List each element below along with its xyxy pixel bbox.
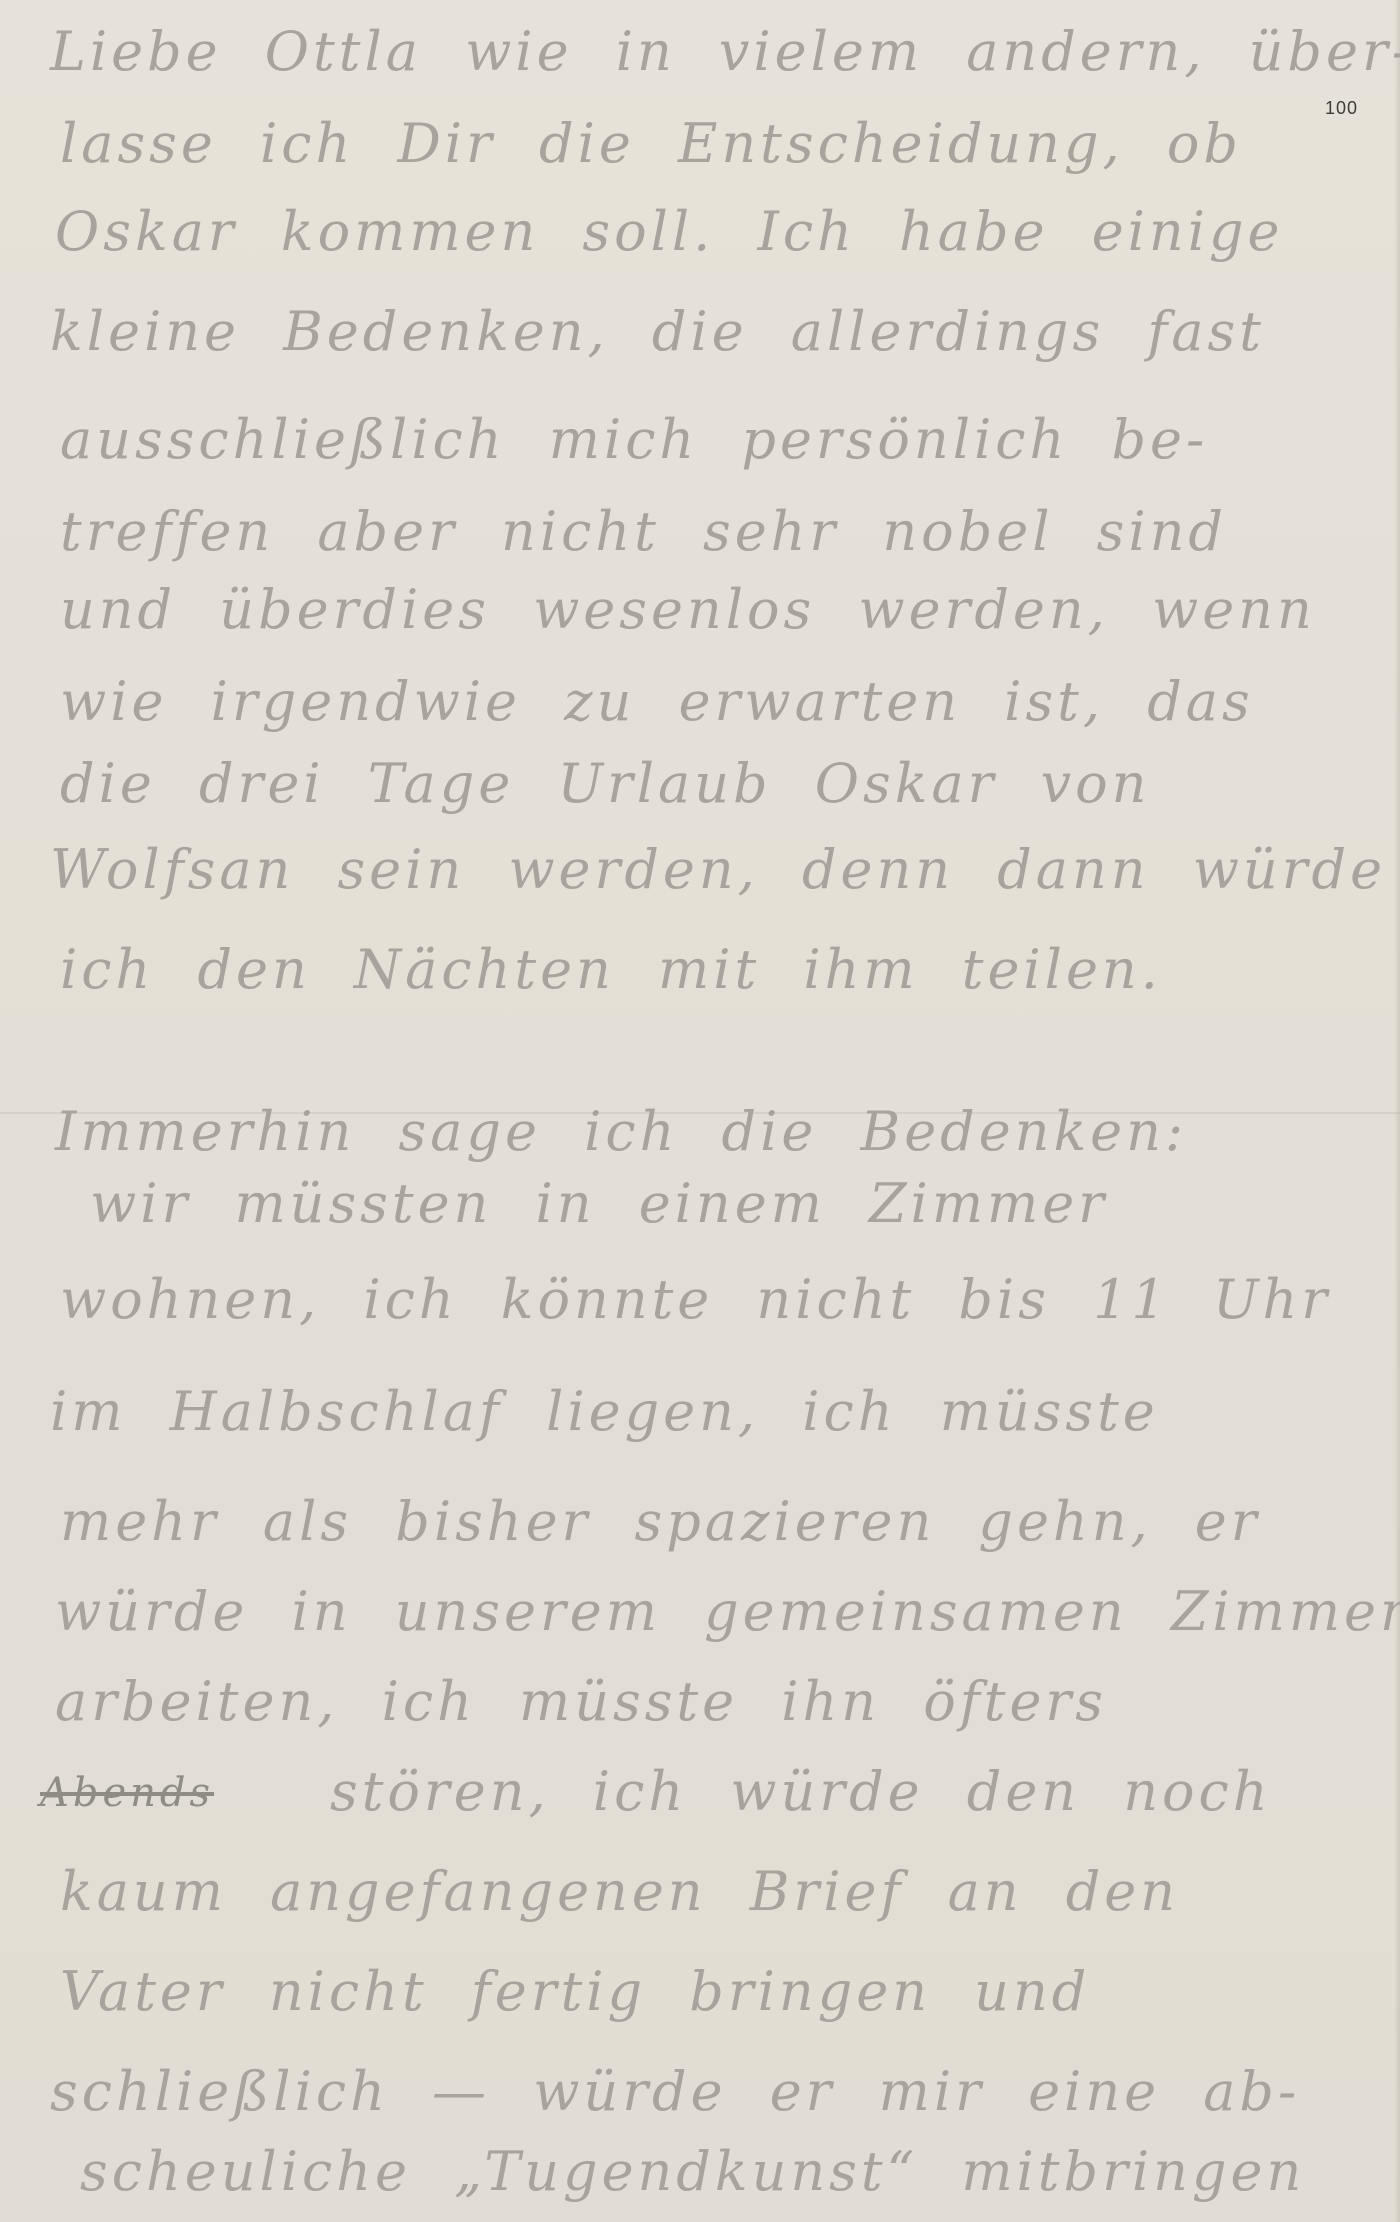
letter-line-6: treffen aber nicht sehr nobel sind xyxy=(60,500,1227,563)
letter-line-17: würde in unserem gemeinsamen Zimmer xyxy=(55,1580,1400,1643)
letter-line-16: mehr als bisher spazieren gehn, er xyxy=(60,1490,1261,1553)
letter-line-22: schließlich — würde er mir eine ab- xyxy=(50,2060,1300,2123)
letter-line-2: lasse ich Dir die Entscheidung, ob xyxy=(60,112,1242,175)
letter-line-8: wie irgendwie zu erwarten ist, das xyxy=(60,670,1254,733)
letter-line-18: arbeiten, ich müsste ihn öfters xyxy=(55,1670,1107,1733)
letter-line-14: wohnen, ich könnte nicht bis 11 Uhr xyxy=(60,1268,1331,1331)
letter-line-7: und überdies wesenlos werden, wenn xyxy=(60,578,1316,641)
letter-line-10: Wolfsan sein werden, denn dann würde xyxy=(50,838,1386,901)
letter-line-4: kleine Bedenken, die allerdings fast xyxy=(50,300,1265,363)
letter-line-15: im Halbschlaf liegen, ich müsste xyxy=(50,1380,1159,1443)
paper-edge-shadow xyxy=(1394,0,1400,2222)
letter-line-3: Oskar kommen soll. Ich habe einige xyxy=(55,200,1284,263)
letter-line-11: ich den Nächten mit ihm teilen. xyxy=(60,938,1162,1001)
letter-line-9: die drei Tage Urlaub Oskar von xyxy=(60,752,1150,815)
page-number: 100 xyxy=(1325,98,1358,119)
letter-line-1: Liebe Ottla wie in vielem andern, über- xyxy=(50,20,1400,83)
letter-line-13: wir müssten in einem Zimmer xyxy=(90,1172,1108,1235)
letter-line-23: scheuliche „Tugendkunst“ mitbringen xyxy=(80,2140,1305,2203)
letter-line-20: kaum angefangenen Brief an den xyxy=(60,1860,1179,1923)
letter-line-12: Immerhin sage ich die Bedenken: xyxy=(55,1100,1187,1163)
struck-out-word: Abends xyxy=(40,1770,214,1816)
letter-line-5: ausschließlich mich persönlich be- xyxy=(60,408,1208,471)
letter-line-21: Vater nicht fertig bringen und xyxy=(60,1960,1090,2023)
letter-line-19: stören, ich würde den noch xyxy=(330,1760,1272,1823)
